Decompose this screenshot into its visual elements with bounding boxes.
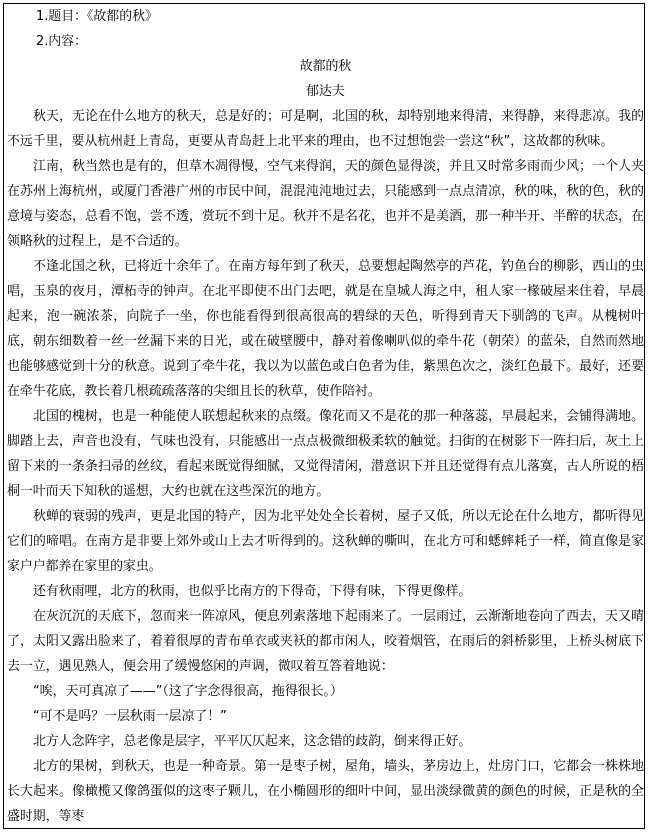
topic-line: 1.题目：《故都的秋》 — [7, 4, 644, 29]
dialogue-line: “唉，天可真凉了——”（这了字念得很高，拖得很长。） — [7, 679, 644, 704]
document-content: 1.题目：《故都的秋》 2.内容： 故都的秋 郁达夫 秋天，无论在什么地方的秋天… — [7, 4, 644, 829]
content-label: 2.内容： — [7, 29, 644, 54]
paragraph: 在灰沉沉的天底下，忽而来一阵凉风，便息列索落地下起雨来了。一层雨过，云渐渐地卷向… — [7, 604, 644, 679]
paragraph: 江南，秋当然也是有的，但草木凋得慢，空气来得润，天的颜色显得淡，并且又时常多雨而… — [7, 154, 644, 254]
document-frame: 1.题目：《故都的秋》 2.内容： 故都的秋 郁达夫 秋天，无论在什么地方的秋天… — [3, 3, 645, 829]
article-author: 郁达夫 — [7, 79, 644, 104]
paragraph: 秋蝉的衰弱的残声，更是北国的特产，因为北平处处全长着树，屋子又低，所以无论在什么… — [7, 504, 644, 579]
article-title: 故都的秋 — [7, 54, 644, 79]
paragraph: 北方的果树，到秋天，也是一种奇景。第一是枣子树，屋角，墙头，茅房边上，灶房门口，… — [7, 754, 644, 829]
paragraph: 不逢北国之秋，已将近十余年了。在南方每年到了秋天，总要想起陶然亭的芦花，钓鱼台的… — [7, 254, 644, 404]
paragraph: 秋天，无论在什么地方的秋天，总是好的；可是啊，北国的秋，却特别地来得清，来得静，… — [7, 104, 644, 154]
paragraph: 北方人念阵字，总老像是层字，平平仄仄起来，这念错的歧韵，倒来得正好。 — [7, 729, 644, 754]
dialogue-line: “可不是吗？一层秋雨一层凉了！” — [7, 704, 644, 729]
paragraph: 还有秋雨哩，北方的秋雨，也似乎比南方的下得奇，下得有味，下得更像样。 — [7, 579, 644, 604]
paragraph: 北国的槐树，也是一种能使人联想起秋来的点缀。像花而又不是花的那一种落蕊，早晨起来… — [7, 404, 644, 504]
